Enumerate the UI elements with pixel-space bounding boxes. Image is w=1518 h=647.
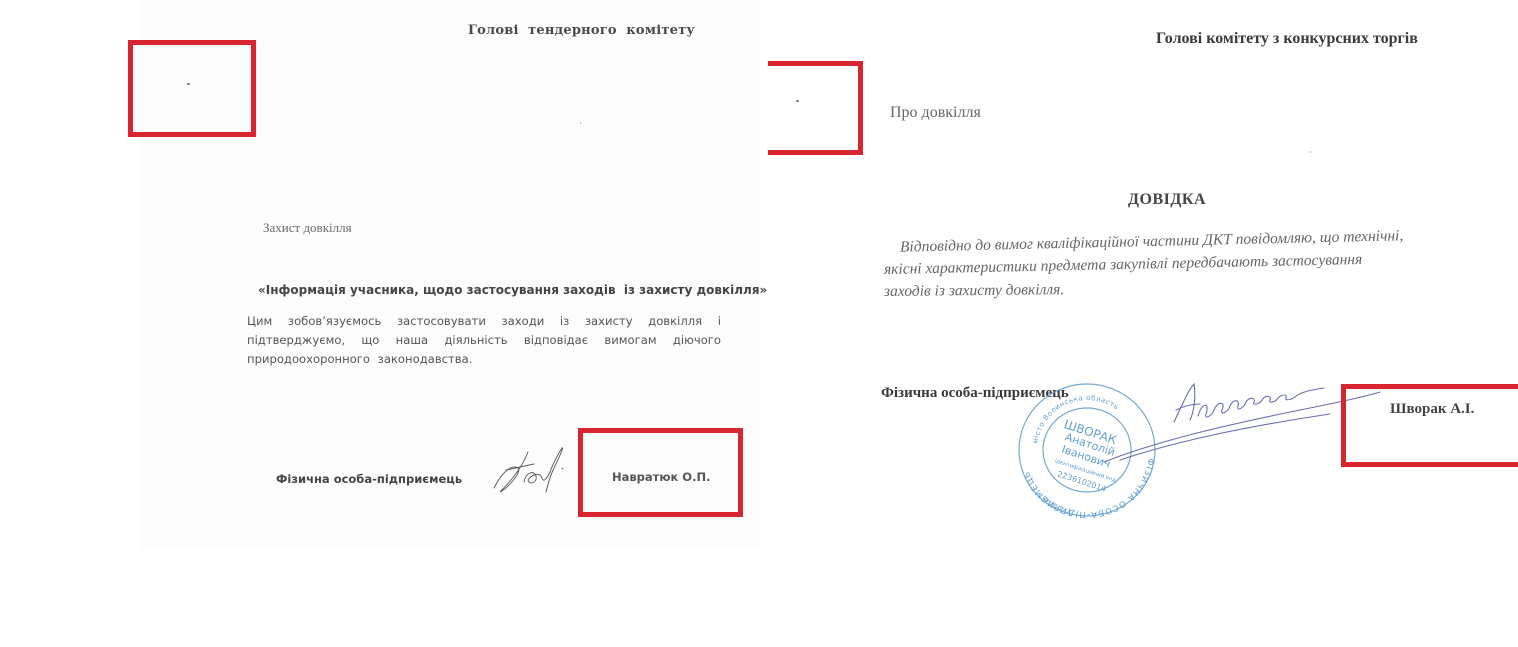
left-addressee: Голові тендерного комітету <box>468 23 695 38</box>
right-subject: Про довкілля <box>890 104 981 122</box>
left-signatory-role: Фізична особа-підприємець <box>276 472 462 486</box>
right-heading: ДОВІДКА <box>1128 191 1206 209</box>
highlight-box-right-signatory <box>1341 384 1518 467</box>
highlight-box-left-signatory <box>578 428 743 517</box>
left-subject: Захист довкілля <box>263 220 352 236</box>
svg-text:Україна: Україна <box>1040 493 1072 515</box>
left-signature-icon <box>488 442 568 498</box>
left-title: «Інформація учасника, щодо застосування … <box>258 283 767 297</box>
left-body: Цим зобов’язуємось застосовувати заходи … <box>247 312 721 369</box>
scan-speck <box>580 122 581 124</box>
scan-speck <box>1310 151 1311 153</box>
highlight-box-left-header <box>128 40 256 137</box>
right-body: Відповідно до вимог кваліфікаційної част… <box>884 237 1514 303</box>
highlight-box-right-header <box>768 61 863 155</box>
right-addressee: Голові комітету з конкурсних торгів <box>1156 30 1418 48</box>
